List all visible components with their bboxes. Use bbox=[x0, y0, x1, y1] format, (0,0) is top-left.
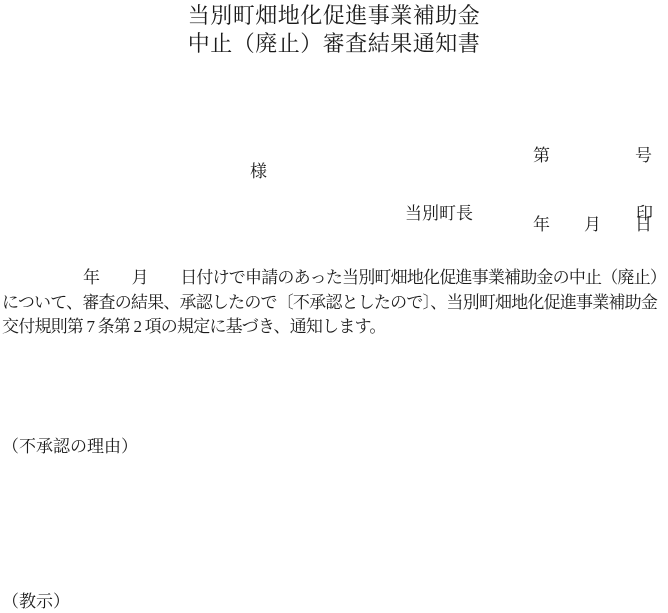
seal-placeholder: 印 bbox=[636, 203, 653, 225]
body-line-1: 年 月 日付けで申請のあった当別町畑地化促進事業補助金の中止（廃止） bbox=[2, 266, 668, 291]
body-paragraph: 年 月 日付けで申請のあった当別町畑地化促進事業補助金の中止（廃止） について、… bbox=[2, 266, 668, 340]
doc-number-line: 第 号 bbox=[533, 144, 652, 167]
body-line-3: 交付規則第 7 条第 2 項の規定に基づき、通知します。 bbox=[2, 315, 668, 340]
disapproval-reason-label: （不承認の理由） bbox=[2, 436, 138, 458]
body-line-2: について、審査の結果、承認したので〔不承認としたので〕、当別町畑地化促進事業補助… bbox=[2, 291, 668, 316]
addressee-honorific: 様 bbox=[250, 161, 267, 183]
document-title: 当別町畑地化促進事業補助金 中止（廃止）審査結果通知書 bbox=[0, 2, 668, 58]
issuer-row: 当別町長 印 bbox=[0, 203, 668, 225]
notification-document-page: 当別町畑地化促進事業補助金 中止（廃止）審査結果通知書 第 号 年 月 日 様 … bbox=[0, 0, 668, 613]
document-title-line-2: 中止（廃止）審査結果通知書 bbox=[0, 30, 668, 58]
instruction-label: （教示） bbox=[2, 591, 70, 613]
doc-number-date-block: 第 号 年 月 日 bbox=[533, 98, 652, 282]
document-title-line-1: 当別町畑地化促進事業補助金 bbox=[0, 2, 668, 30]
issuer-title: 当別町長 bbox=[405, 203, 473, 225]
